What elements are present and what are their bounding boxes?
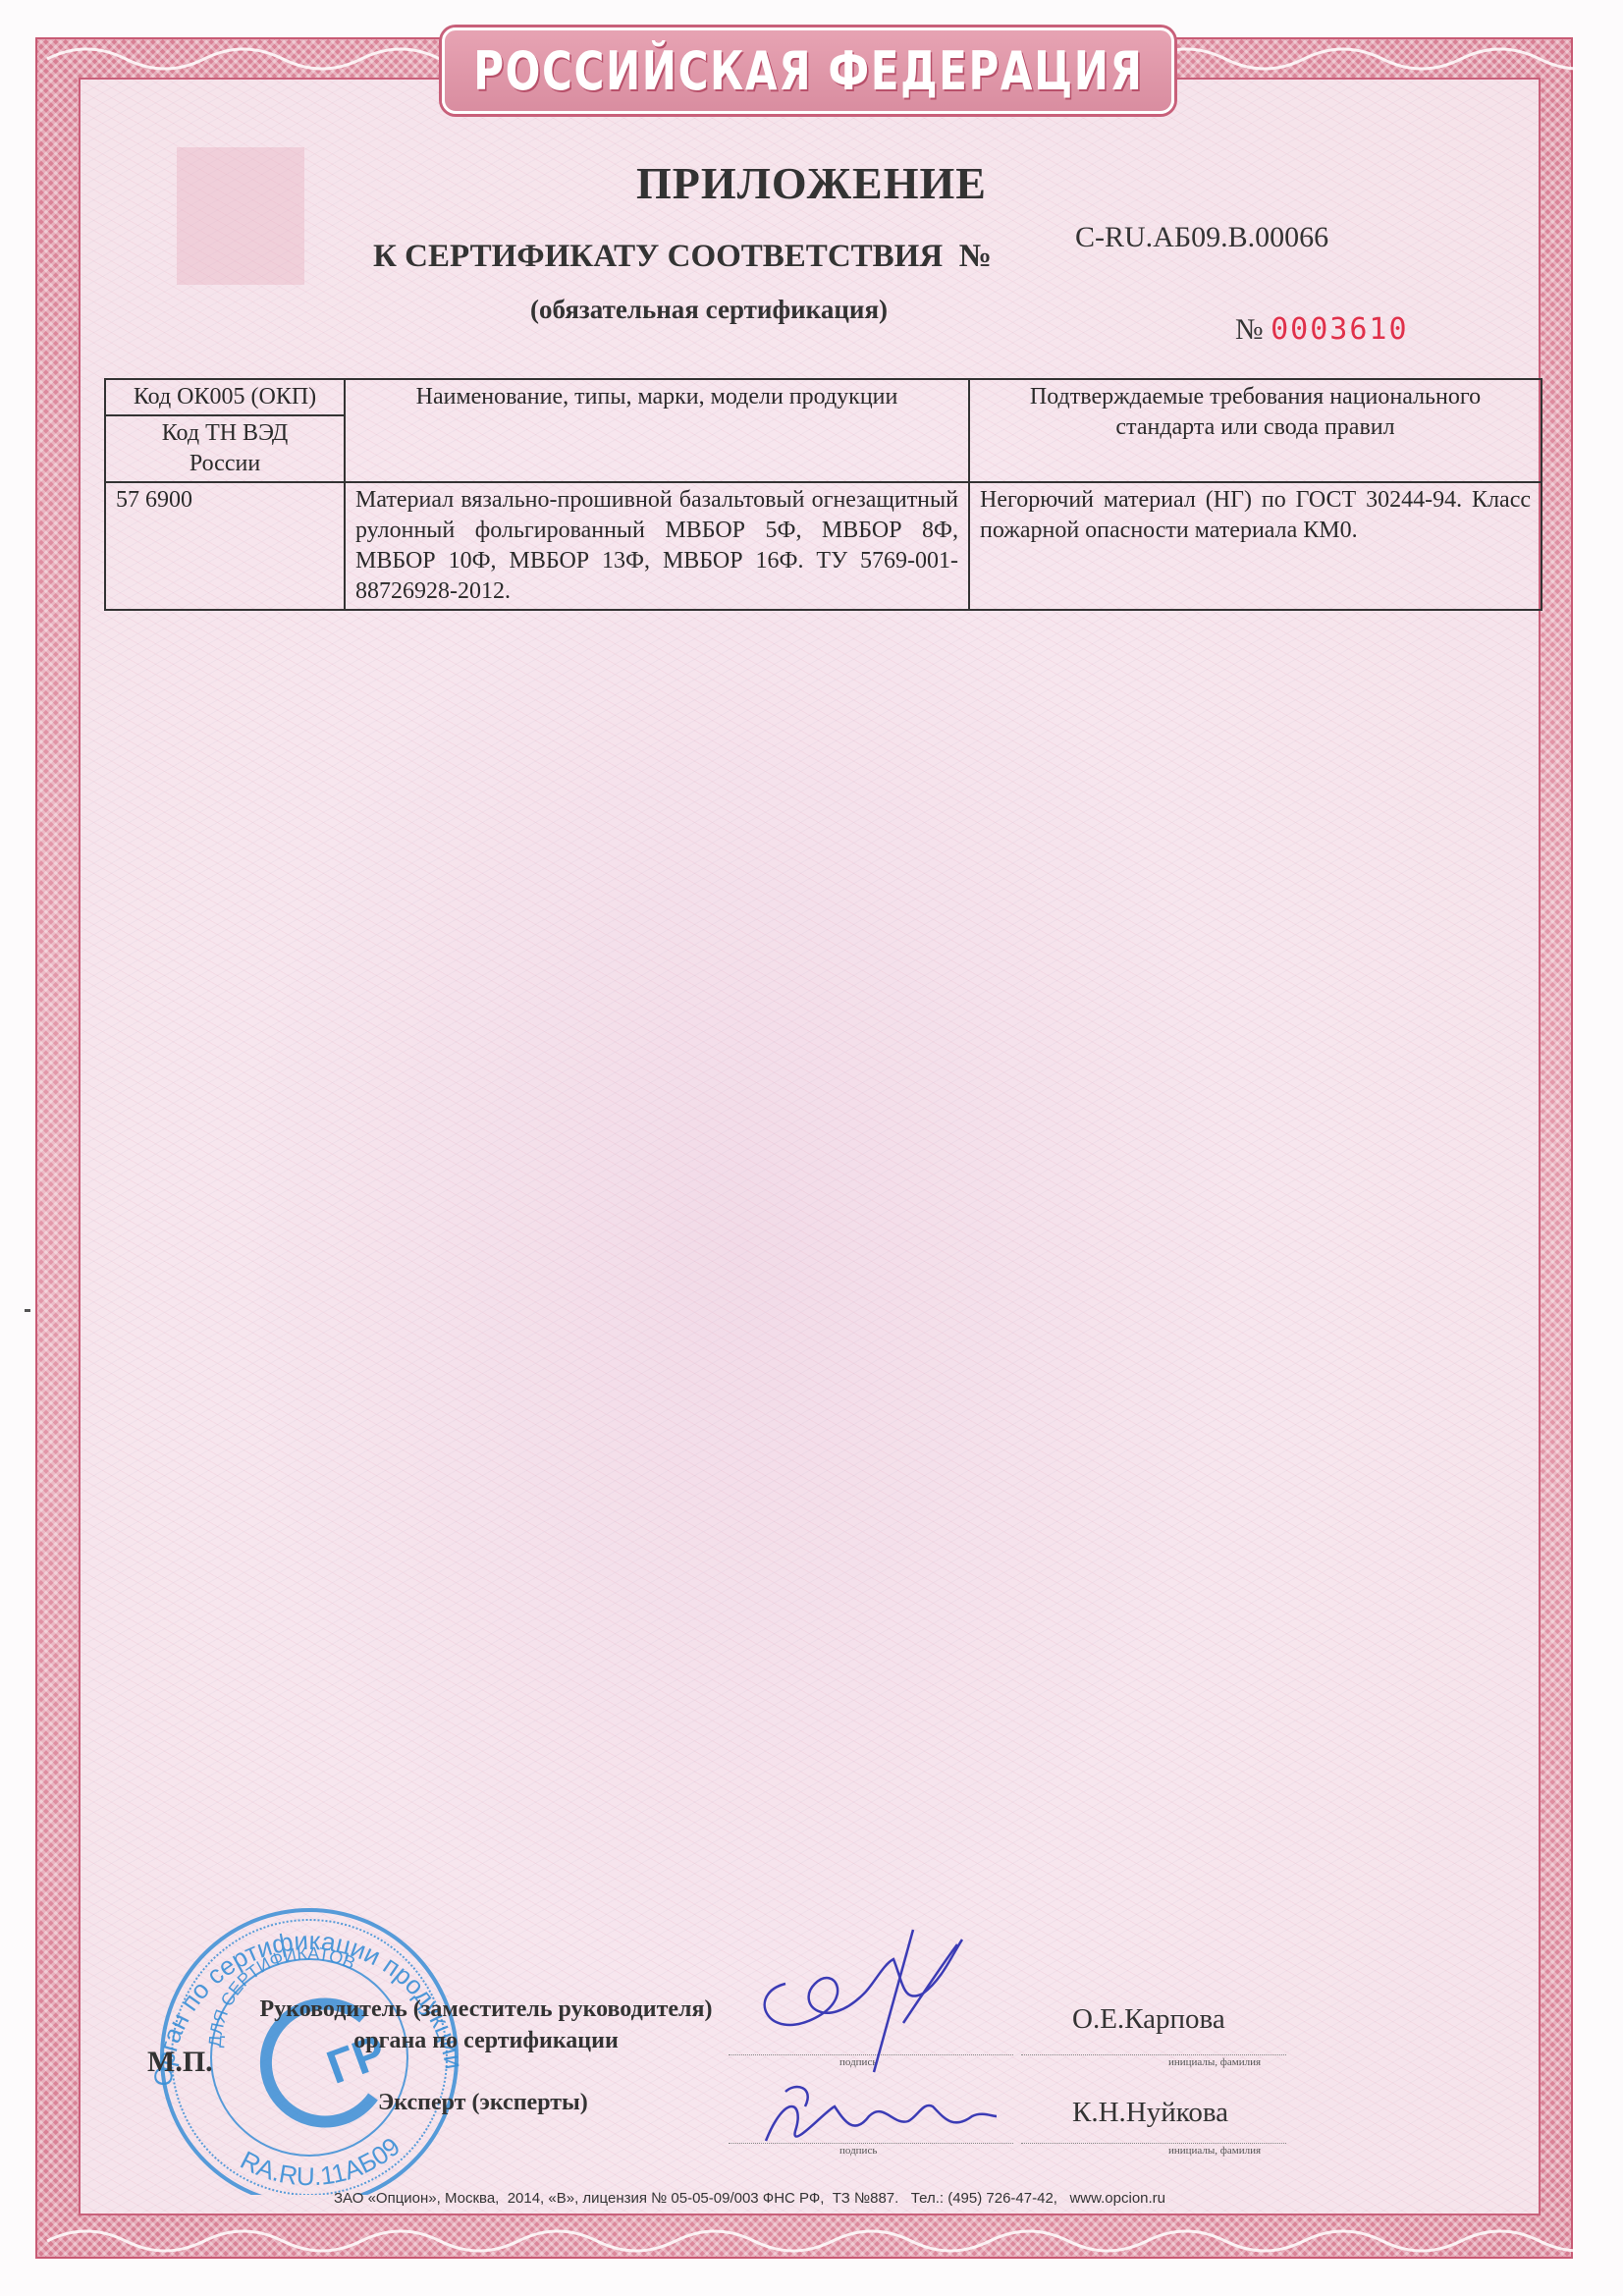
svg-text:RA.RU.11АБ09: RA.RU.11АБ09 [236, 2131, 406, 2191]
certificate-line-text: К СЕРТИФИКАТУ СООТВЕТСТВИЯ [373, 239, 943, 274]
head-signature [756, 1925, 1011, 2082]
expert-name-line [1021, 2143, 1286, 2144]
expert-signature [746, 2072, 1001, 2160]
country-banner: РОССИЙСКАЯ ФЕДЕРАЦИЯ [442, 27, 1174, 114]
head-of-body-label: Руководитель (заместитель руководителя) … [255, 1994, 717, 2056]
expert-name-caption: инициалы, фамилия [1168, 2145, 1261, 2157]
certificate-number: C-RU.АБ09.В.00066 [1075, 221, 1328, 254]
serial-value: 0003610 [1271, 312, 1408, 347]
header-product: Наименование, типы, марки, модели продук… [345, 379, 969, 482]
head-name-line [1021, 2054, 1286, 2055]
header-code-okp: Код ОК005 (ОКП) [105, 379, 345, 415]
table-header-row-1: Код ОК005 (ОКП) Наименование, типы, марк… [105, 379, 1542, 415]
cell-requirements: Негорючий материал (НГ) по ГОСТ 30244-94… [969, 482, 1542, 610]
certificate-line: К СЕРТИФИКАТУ СООТВЕТСТВИЯ № [373, 239, 992, 275]
document-title: ПРИЛОЖЕНИЕ [0, 157, 1623, 209]
head-name: О.Е.Карпова [1072, 2003, 1225, 2036]
banner-text: РОССИЙСКАЯ ФЕДЕРАЦИЯ [473, 40, 1143, 102]
header-requirements: Подтверждаемые требования национального … [969, 379, 1542, 482]
scan-speck [25, 1309, 30, 1312]
cell-code: 57 6900 [105, 482, 345, 610]
number-sign: № [959, 239, 992, 274]
head-label-line1: Руководитель (заместитель руководителя) [255, 1994, 717, 2025]
serial-label: № [1235, 313, 1264, 346]
header-code-tnved-line2: России [116, 449, 334, 479]
stamp-place-label: М.П. [147, 2046, 213, 2079]
certification-type: (обязательная сертификация) [530, 295, 888, 325]
serial-number: № 0003610 [1235, 312, 1409, 347]
printer-footer: ЗАО «Опцион», Москва, 2014, «В», лицензи… [334, 2190, 1165, 2207]
head-label-line2: органа по сертификации [255, 2025, 717, 2056]
header-code-tnved-line1: Код ТН ВЭД [116, 418, 334, 449]
header-code-tnved: Код ТН ВЭД России [105, 415, 345, 482]
expert-label: Эксперт (эксперты) [378, 2090, 588, 2116]
cell-product: Материал вязально-прошивной базальтовый … [345, 482, 969, 610]
head-name-caption: инициалы, фамилия [1168, 2056, 1261, 2068]
expert-name: К.Н.Нуйкова [1072, 2097, 1228, 2129]
table-row: 57 6900 Материал вязально-прошивной база… [105, 482, 1542, 610]
products-table: Код ОК005 (ОКП) Наименование, типы, марк… [104, 378, 1542, 611]
